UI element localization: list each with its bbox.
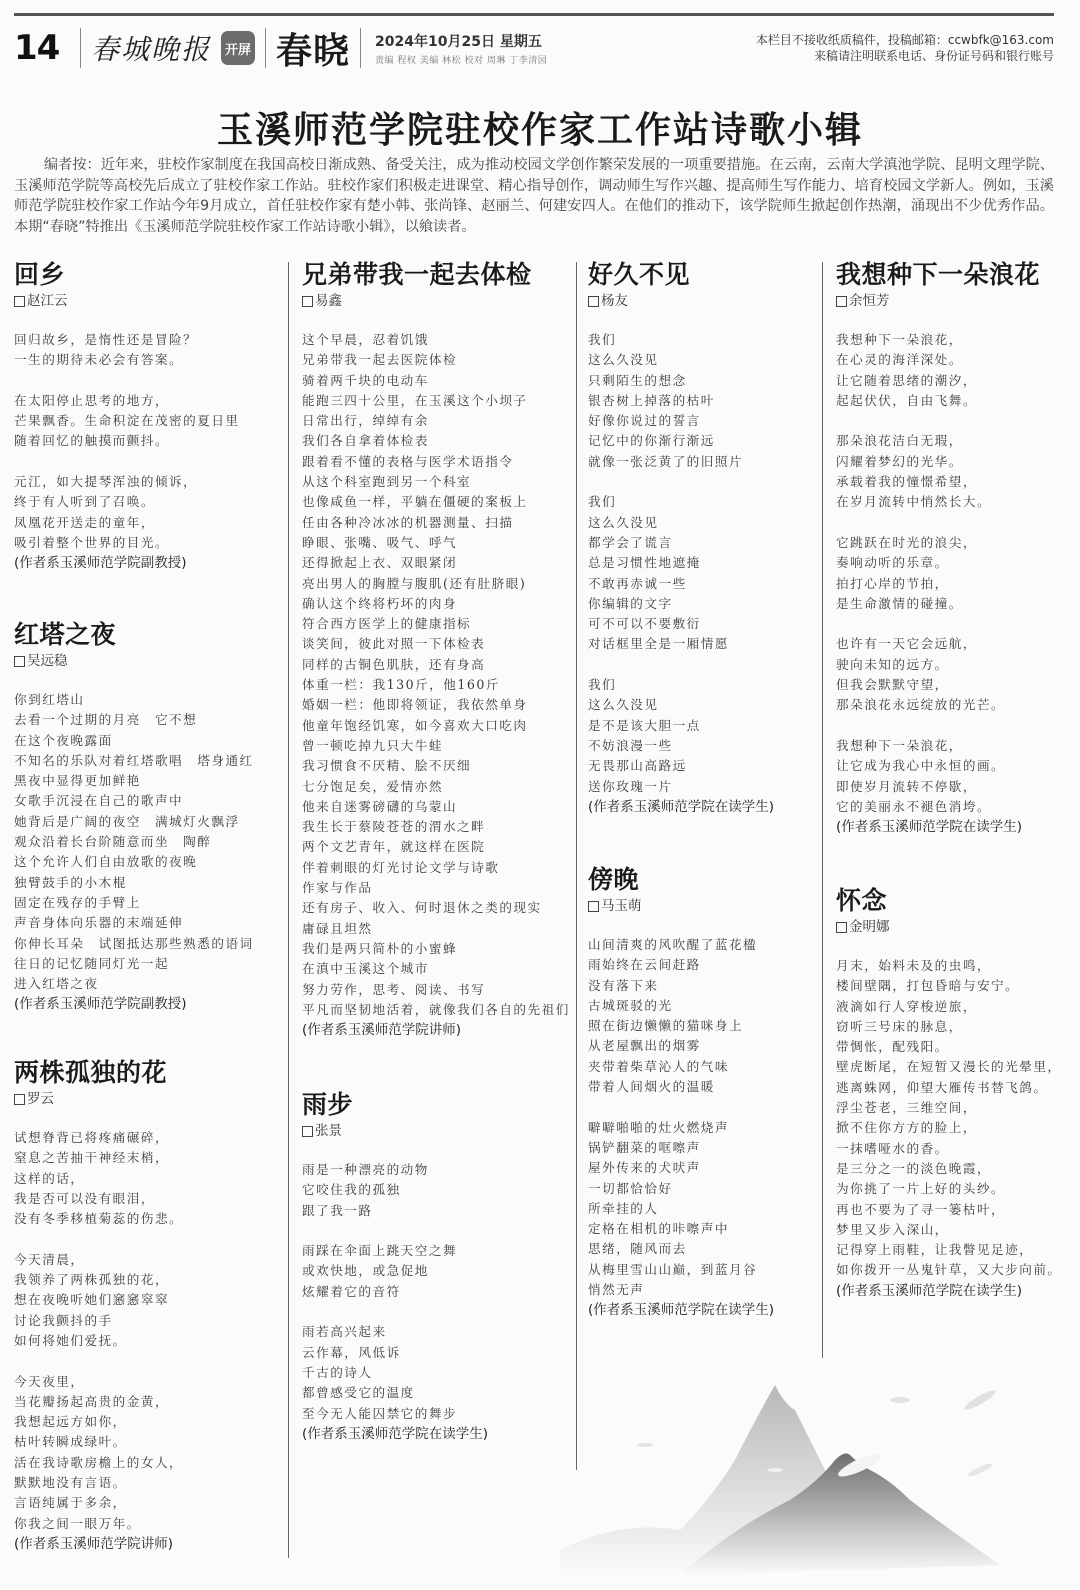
poem: 我想种下一朵浪花余恒芳我想种下一朵浪花，在心灵的海洋深处。让它随着思绪的潮汐，起… — [836, 258, 1066, 837]
poem-line: 让它随着思绪的潮汐， — [836, 371, 1066, 391]
author-name: 马玉萌 — [601, 897, 642, 915]
author-name: 赵江云 — [27, 292, 68, 310]
author-box-icon — [302, 1126, 313, 1137]
stanza: 月末，始料未及的虫鸣，楼间壁隅，打包昏暗与安宁。液滴如行人穿梭逆旅，窃听三号床的… — [836, 956, 1066, 1281]
poem: 兄弟带我一起去体检易鑫这个早晨，忍着饥饿兄弟带我一起去医院体检骑着两千块的电动车… — [302, 258, 564, 1040]
notice-email-line: 本栏目不接收纸质稿件，投稿邮箱：ccwbfk@163.com — [756, 32, 1054, 48]
poem-line: 总是习惯性地遮掩 — [588, 553, 818, 573]
poem-line: 试想脊背已将疼痛碾碎， — [14, 1128, 276, 1148]
poem-line: 古城斑驳的光 — [588, 996, 818, 1016]
poem-author: 罗云 — [14, 1090, 276, 1108]
poem-line: 今天夜里， — [14, 1372, 276, 1392]
poem-line: 他来自迷雾磅礴的乌蒙山 — [302, 797, 564, 817]
poem-line: 谈笑间，彼此对照一下体检表 — [302, 634, 564, 654]
poem-line: 当花瓣扬起高贵的金黄， — [14, 1392, 276, 1412]
column-divider — [822, 262, 823, 1358]
poem-line: 起起伏伏，自由飞舞。 — [836, 391, 1066, 411]
poem-line: 我们 — [588, 675, 818, 695]
poem-line: 一切都恰恰好 — [588, 1179, 818, 1199]
top-rule — [14, 13, 1054, 16]
poem-line: 雨是一种漂亮的动物 — [302, 1160, 564, 1180]
poem-line: 你到红塔山 — [14, 690, 276, 710]
poem-line: 对话框里全是一厢情愿 — [588, 634, 818, 654]
poem-line: 逃离蛛网，仰望大雁传书替飞鸽。 — [836, 1078, 1066, 1098]
divider — [360, 28, 361, 68]
poem-line: 你我之间一眼万年。 — [14, 1514, 276, 1534]
poem-author: 赵江云 — [14, 292, 276, 310]
poem-line: 元江，如大提琴浑浊的倾诉， — [14, 472, 276, 492]
poem: 回乡赵江云回归故乡，是惰性还是冒险？一生的期待未必会有答案。在太阳停止思考的地方… — [14, 258, 276, 573]
author-byline: (作者系玉溪师范学院副教授) — [14, 553, 276, 573]
stanza: 雨踩在伞面上跳天空之舞或欢快地，或急促地炫耀着它的音符 — [302, 1241, 564, 1302]
poem-line: 所牵挂的人 — [588, 1199, 818, 1219]
poem-title: 回乡 — [14, 258, 276, 292]
poem-line: 窒息之苦抽干神经末梢， — [14, 1148, 276, 1168]
poem-line: 我想种下一朵浪花， — [836, 736, 1066, 756]
poem-line: 平凡而坚韧地活着，就像我们各自的先祖们 — [302, 1000, 564, 1020]
poem-line: 芒果飘香。生命积淀在茂密的夏日里 — [14, 411, 276, 431]
poem-line: 这么久没见 — [588, 350, 818, 370]
author-byline: (作者系玉溪师范学院在读学生) — [302, 1424, 564, 1444]
poem-line: 我领养了两株孤独的花， — [14, 1270, 276, 1290]
poem-line: 我们 — [588, 330, 818, 350]
poem-line: 云作幕，风低诉 — [302, 1343, 564, 1363]
poem: 红塔之夜吴远稳你到红塔山去看一个过期的月亮 它不想在这个夜晚露面不知名的乐队对着… — [14, 618, 276, 1014]
divider — [265, 28, 266, 68]
poem-line: 记得穿上雨鞋，让我瞥见足迹， — [836, 1240, 1066, 1260]
stanza: 山间清爽的风吹醒了蓝花楹雨始终在云间赶路没有落下来古城斑驳的光照在街边懒懒的猫咪… — [588, 935, 818, 1097]
poem-line: 跟了我一路 — [302, 1201, 564, 1221]
poem-line: 声音身体向乐器的末端延伸 — [14, 913, 276, 933]
poem-line: 闪耀着梦幻的光华。 — [836, 452, 1066, 472]
poem-line: 我们 — [588, 492, 818, 512]
column-divider — [576, 262, 577, 1470]
author-byline: (作者系玉溪师范学院讲师) — [302, 1020, 564, 1040]
poem-line: 没有冬季移植菊蕊的伤悲。 — [14, 1209, 276, 1229]
poem-line: 这样的话， — [14, 1169, 276, 1189]
author-box-icon — [14, 656, 25, 667]
stanza: 今天清晨，我领养了两株孤独的花，想在夜晚听她们窸窸窣窣讨论我颤抖的手如何将她们爱… — [14, 1250, 276, 1351]
author-box-icon — [588, 296, 599, 307]
stanza: 我们这么久没见是不是该大胆一点不妨浪漫一些无畏那山高路远送你玫瑰一片 — [588, 675, 818, 797]
poem-line: 固定在残存的手臂上 — [14, 893, 276, 913]
poem-line: 努力劳作，思考、阅读、书写 — [302, 980, 564, 1000]
issue-date: 2024年10月25日 星期五 — [375, 31, 547, 51]
poem-line: 悄然无声 — [588, 1280, 818, 1300]
poem-line: 月末，始料未及的虫鸣， — [836, 956, 1066, 976]
poem-line: 至今无人能囚禁它的舞步 — [302, 1404, 564, 1424]
mountain-illustration — [560, 1380, 1060, 1580]
notice-requirements-line: 来稿请注明联系电话、身份证号码和银行账号 — [756, 48, 1054, 64]
poem-body: 山间清爽的风吹醒了蓝花楹雨始终在云间赶路没有落下来古城斑驳的光照在街边懒懒的猫咪… — [588, 935, 818, 1300]
author-byline: (作者系玉溪师范学院在读学生) — [836, 1281, 1066, 1301]
poem-line: 是三分之一的淡色晚霞， — [836, 1159, 1066, 1179]
poem-line: 不妨浪漫一些 — [588, 736, 818, 756]
stanza: 今天夜里，当花瓣扬起高贵的金黄，我想起远方如你，枯叶转瞬成绿叶。活在我诗歌房檐上… — [14, 1372, 276, 1534]
poem-line: 不敢再赤诚一些 — [588, 574, 818, 594]
poem-line: 无畏那山高路远 — [588, 756, 818, 776]
editor-note: 编者按：近年来，驻校作家制度在我国高校日渐成熟、备受关注，成为推动校园文学创作繁… — [14, 155, 1054, 237]
stanza: 它跳跃在时光的浪尖，奏响动听的乐章。拍打心岸的节拍，是生命激情的碰撞。 — [836, 533, 1066, 614]
poem-line: 雨始终在云间赶路 — [588, 955, 818, 975]
poem-line: 这么久没见 — [588, 695, 818, 715]
poem-line: 同样的古铜色肌肤，还有身高 — [302, 655, 564, 675]
stanza: 回归故乡，是惰性还是冒险？一生的期待未必会有答案。 — [14, 330, 276, 371]
submission-notice: 本栏目不接收纸质稿件，投稿邮箱：ccwbfk@163.com 来稿请注明联系电话… — [756, 32, 1054, 64]
poem-line: 伴着刺眼的灯光讨论文学与诗歌 — [302, 858, 564, 878]
stanza: 也许有一天它会远航，驶向未知的远方。但我会默默守望，那朵浪花永远绽放的光芒。 — [836, 634, 1066, 715]
poem-line: 就像一张泛黄了的旧照片 — [588, 452, 818, 472]
stanza: 这个早晨，忍着饥饿兄弟带我一起去医院体检骑着两千块的电动车能跑三四十公里，在玉溪… — [302, 330, 564, 1020]
poem: 雨步张景雨是一种漂亮的动物它咬住我的孤独跟了我一路雨踩在伞面上跳天空之舞或欢快地… — [302, 1088, 564, 1444]
poem-line: 锅铲翻菜的哐嚓声 — [588, 1138, 818, 1158]
poem-line: 往日的记忆随同灯光一起 — [14, 954, 276, 974]
poem-title: 两株孤独的花 — [14, 1056, 276, 1090]
poem-line: 记忆中的你渐行渐远 — [588, 431, 818, 451]
stanza: 我想种下一朵浪花，让它成为我心中永恒的画。即使岁月流转不停歇，它的美丽永不褪色消… — [836, 736, 1066, 817]
stanza: 我们这么久没见都学会了谎言总是习惯性地遮掩不敢再赤诚一些你编辑的文字可不可以不要… — [588, 492, 818, 654]
poem-line: 从这个科室跑到另一个科室 — [302, 472, 564, 492]
poem-line: 观众沿着长台阶随意而坐 陶醉 — [14, 832, 276, 852]
author-box-icon — [836, 922, 847, 933]
poem-line: 讨论我颤抖的手 — [14, 1311, 276, 1331]
poem-line: 也许有一天它会远航， — [836, 634, 1066, 654]
stanza: 雨若高兴起来云作幕，风低诉千古的诗人都曾感受它的温度至今无人能囚禁它的舞步 — [302, 1322, 564, 1423]
poem-line: 他童年饱经饥寒，如今喜欢大口吃肉 — [302, 716, 564, 736]
poem-line: 再也不要为了寻一篓枯叶， — [836, 1200, 1066, 1220]
poem-line: 山间清爽的风吹醒了蓝花楹 — [588, 935, 818, 955]
poem-line: 是生命激情的碰撞。 — [836, 594, 1066, 614]
poem-line: 一生的期待未必会有答案。 — [14, 350, 276, 370]
poem-body: 我们这么久没见只剩陌生的想念银杏树上掉落的枯叶好像你说过的誓言记忆中的你渐行渐远… — [588, 330, 818, 797]
poem-title: 红塔之夜 — [14, 618, 276, 652]
author-name: 杨友 — [601, 292, 628, 310]
poem-line: 送你玫瑰一片 — [588, 777, 818, 797]
poem-line: 骑着两千块的电动车 — [302, 371, 564, 391]
poem-author: 杨友 — [588, 292, 818, 310]
poem-line: 奏响动听的乐章。 — [836, 553, 1066, 573]
poem-line: 兄弟带我一起去医院体检 — [302, 350, 564, 370]
poem-line: 睁眼、张嘴、吸气、呼气 — [302, 533, 564, 553]
poem-line: 言语纯属于多余， — [14, 1493, 276, 1513]
poem-line: 两个文艺青年，就这样在医院 — [302, 837, 564, 857]
author-name: 余恒芳 — [849, 292, 890, 310]
poem-line: 日常出行，绰绰有余 — [302, 411, 564, 431]
poem-line: 好像你说过的誓言 — [588, 411, 818, 431]
author-box-icon — [302, 296, 313, 307]
poem-title: 兄弟带我一起去体检 — [302, 258, 564, 292]
stanza: 那朵浪花洁白无瑕，闪耀着梦幻的光华。承载着我的憧憬希望，在岁月流转中悄然长大。 — [836, 431, 1066, 512]
poem-line: 它的美丽永不褪色消垮。 — [836, 797, 1066, 817]
poem-line: 夹带着柴草沁人的气味 — [588, 1057, 818, 1077]
poem-line: 噼噼啪啪的灶火燃烧声 — [588, 1118, 818, 1138]
poem-line: 即使岁月流转不停歇， — [836, 777, 1066, 797]
poem-line: 千古的诗人 — [302, 1363, 564, 1383]
poem-line: 思绪，随风而去 — [588, 1239, 818, 1259]
poem-line: 掀不住你方方的脸上， — [836, 1118, 1066, 1138]
author-name: 吴远稳 — [27, 652, 68, 670]
poem-line: 作家与作品 — [302, 878, 564, 898]
poem-line: 为你挑了一片上好的头纱。 — [836, 1179, 1066, 1199]
poem-line: 照在街边懒懒的猫咪身上 — [588, 1016, 818, 1036]
poem-line: 窃听三号床的脉息， — [836, 1017, 1066, 1037]
poem-line: 在滇中玉溪这个城市 — [302, 959, 564, 979]
poem-line: 活在我诗歌房檐上的女人， — [14, 1453, 276, 1473]
poem-line: 浮尘苍老，三维空间， — [836, 1098, 1066, 1118]
poem-line: 庸碌且坦然 — [302, 919, 564, 939]
poem-line: 在心灵的海洋深处。 — [836, 350, 1066, 370]
poem-line: 一抹嗜哑水的香。 — [836, 1139, 1066, 1159]
poem-body: 这个早晨，忍着饥饿兄弟带我一起去医院体检骑着两千块的电动车能跑三四十公里，在玉溪… — [302, 330, 564, 1020]
newspaper-logo: 春城晚报 — [91, 28, 211, 68]
poem: 怀念金明娜月末，始料未及的虫鸣，楼间壁隅，打包昏暗与安宁。液滴如行人穿梭逆旅，窃… — [836, 884, 1066, 1301]
poem-line: 随着回忆的触摸而颤抖。 — [14, 431, 276, 451]
poem-line: 你伸长耳朵 试图抵达那些熟悉的语词 — [14, 934, 276, 954]
author-box-icon — [14, 1094, 25, 1105]
poem-line: 我想种下一朵浪花， — [836, 330, 1066, 350]
poem-line: 吸引着整个世界的目光。 — [14, 533, 276, 553]
stanza: 雨是一种漂亮的动物它咬住我的孤独跟了我一路 — [302, 1160, 564, 1221]
page-number: 14 — [14, 28, 70, 68]
poem-line: 回归故乡，是惰性还是冒险？ — [14, 330, 276, 350]
section-name: 春晓 — [276, 23, 350, 74]
masthead: 14 春城晚报 开屏 春晓 2024年10月25日 星期五 责编 程权 美编 林… — [14, 24, 1054, 72]
poem-line: 你编辑的文字 — [588, 594, 818, 614]
poem-line: 在这个夜晚露面 — [14, 731, 276, 751]
poem-body: 试想脊背已将疼痛碾碎，窒息之苦抽干神经末梢，这样的话，我是否可以没有眼泪，没有冬… — [14, 1128, 276, 1534]
poem-title: 我想种下一朵浪花 — [836, 258, 1066, 292]
staff-credits: 责编 程权 美编 林松 校对 周琳 丁李清园 — [375, 53, 547, 66]
poem-line: 女歌手沉浸在自己的歌声中 — [14, 791, 276, 811]
poem-line: 黑夜中显得更加鲜艳 — [14, 771, 276, 791]
poem-line: 只剩陌生的想念 — [588, 371, 818, 391]
poem-line: 七分饱足矣，爱情亦然 — [302, 777, 564, 797]
poem-line: 确认这个终将朽坏的肉身 — [302, 594, 564, 614]
stanza: 我想种下一朵浪花，在心灵的海洋深处。让它随着思绪的潮汐，起起伏伏，自由飞舞。 — [836, 330, 1066, 411]
poem-line: 去看一个过期的月亮 它不想 — [14, 710, 276, 730]
date-block: 2024年10月25日 星期五 责编 程权 美编 林松 校对 周琳 丁李清园 — [375, 31, 547, 66]
poem-line: 这么久没见 — [588, 513, 818, 533]
poem-line: 雨踩在伞面上跳天空之舞 — [302, 1241, 564, 1261]
poem-line: 它跳跃在时光的浪尖， — [836, 533, 1066, 553]
poem-line: 梦里又步入深山， — [836, 1220, 1066, 1240]
poem-line: 亮出男人的胸膛与腹肌(还有肚脐眼) — [302, 574, 564, 594]
poem-author: 吴远稳 — [14, 652, 276, 670]
poem-line: 跟着看不懂的表格与医学术语指令 — [302, 452, 564, 472]
poem-line: 凤凰花开送走的童年， — [14, 513, 276, 533]
stanza: 噼噼啪啪的灶火燃烧声锅铲翻菜的哐嚓声屋外传来的犬吠声一切都恰恰好所牵挂的人定格在… — [588, 1118, 818, 1301]
poem-line: 都学会了谎言 — [588, 533, 818, 553]
poem-line: 炫耀着它的音符 — [302, 1282, 564, 1302]
author-byline: (作者系玉溪师范学院在读学生) — [588, 1300, 818, 1320]
stanza: 你到红塔山去看一个过期的月亮 它不想在这个夜晚露面不知名的乐队对着红塔歌唱 塔身… — [14, 690, 276, 994]
poem: 傍晚马玉萌山间清爽的风吹醒了蓝花楹雨始终在云间赶路没有落下来古城斑驳的光照在街边… — [588, 863, 818, 1320]
poem-line: 定格在相机的咔嚓声中 — [588, 1219, 818, 1239]
poem-line: 不知名的乐队对着红塔歌唱 塔身通红 — [14, 751, 276, 771]
poem-line: 我生长于蔡陵苍苍的渭水之畔 — [302, 817, 564, 837]
poem-line: 独臂鼓手的小木棍 — [14, 873, 276, 893]
author-name: 易鑫 — [315, 292, 342, 310]
poem-line: 我想起远方如你， — [14, 1412, 276, 1432]
poem-line: 还得掀起上衣、双眼紧闭 — [302, 553, 564, 573]
divider — [80, 28, 81, 68]
poem-line: 我们是两只简朴的小蜜蜂 — [302, 939, 564, 959]
poem-line: 也像咸鱼一样，平躺在僵硬的案板上 — [302, 492, 564, 512]
poem-line: 雨若高兴起来 — [302, 1322, 564, 1342]
poem-line: 壁虎断尾，在短暂又漫长的光晕里， — [836, 1057, 1066, 1077]
stanza: 在太阳停止思考的地方，芒果飘香。生命积淀在茂密的夏日里随着回忆的触摸而颤抖。 — [14, 391, 276, 452]
poem: 两株孤独的花罗云试想脊背已将疼痛碾碎，窒息之苦抽干神经末梢，这样的话，我是否可以… — [14, 1056, 276, 1554]
poem-line: 从梅里雪山山巅，到蓝月谷 — [588, 1260, 818, 1280]
poem-line: 但我会默默守望， — [836, 675, 1066, 695]
poem-line: 曾一顿吃掉九只大牛蛙 — [302, 736, 564, 756]
poem-line: 枯叶转瞬成绿叶。 — [14, 1432, 276, 1452]
poem-line: 银杏树上掉落的枯叶 — [588, 391, 818, 411]
poem-line: 拍打心岸的节拍， — [836, 574, 1066, 594]
poem: 好久不见杨友我们这么久没见只剩陌生的想念银杏树上掉落的枯叶好像你说过的誓言记忆中… — [588, 258, 818, 817]
poem-body: 月末，始料未及的虫鸣，楼间壁隅，打包昏暗与安宁。液滴如行人穿梭逆旅，窃听三号床的… — [836, 956, 1066, 1281]
poem-line: 楼间壁隅，打包昏暗与安宁。 — [836, 976, 1066, 996]
author-name: 张景 — [315, 1122, 342, 1140]
poem-line: 承载着我的憧憬希望， — [836, 472, 1066, 492]
poem-line: 从老屋飘出的烟雾 — [588, 1036, 818, 1056]
author-byline: (作者系玉溪师范学院讲师) — [14, 1534, 276, 1554]
poem-title: 傍晚 — [588, 863, 818, 897]
poem-line: 或欢快地，或急促地 — [302, 1261, 564, 1281]
author-byline: (作者系玉溪师范学院在读学生) — [836, 817, 1066, 837]
poem-title: 雨步 — [302, 1088, 564, 1122]
poem-line: 那朵浪花永远绽放的光芒。 — [836, 695, 1066, 715]
stanza: 试想脊背已将疼痛碾碎，窒息之苦抽干神经末梢，这样的话，我是否可以没有眼泪，没有冬… — [14, 1128, 276, 1229]
stanza: 元江，如大提琴浑浊的倾诉，终于有人听到了召唤。凤凰花开送走的童年，吸引着整个世界… — [14, 472, 276, 553]
poem-line: 液滴如行人穿梭逆旅， — [836, 997, 1066, 1017]
author-name: 金明娜 — [849, 918, 890, 936]
author-byline: (作者系玉溪师范学院副教授) — [14, 994, 276, 1014]
poem-line: 在岁月流转中悄然长大。 — [836, 492, 1066, 512]
author-byline: (作者系玉溪师范学院在读学生) — [588, 797, 818, 817]
poem-line: 任由各种冷冰冰的机器测量、扫描 — [302, 513, 564, 533]
poem-line: 带惆怅，配残阳。 — [836, 1037, 1066, 1057]
poem-line: 今天清晨， — [14, 1250, 276, 1270]
poem-line: 带着人间烟火的温暖 — [588, 1077, 818, 1097]
poem-author: 马玉萌 — [588, 897, 818, 915]
author-box-icon — [836, 296, 847, 307]
poem-line: 还有房子、收入、何时退休之类的现实 — [302, 898, 564, 918]
poem-line: 屋外传来的犬吠声 — [588, 1158, 818, 1178]
kaiping-badge-icon: 开屏 — [221, 31, 255, 65]
poem-author: 余恒芳 — [836, 292, 1066, 310]
poem-line: 我们各自拿着体检表 — [302, 431, 564, 451]
stanza: 我们这么久没见只剩陌生的想念银杏树上掉落的枯叶好像你说过的誓言记忆中的你渐行渐远… — [588, 330, 818, 472]
poem-body: 你到红塔山去看一个过期的月亮 它不想在这个夜晚露面不知名的乐队对着红塔歌唱 塔身… — [14, 690, 276, 994]
author-box-icon — [588, 901, 599, 912]
poem-line: 如何将她们爱抚。 — [14, 1331, 276, 1351]
poem-line: 那朵浪花洁白无瑕， — [836, 431, 1066, 451]
poem-line: 让它成为我心中永恒的画。 — [836, 756, 1066, 776]
poem-title: 好久不见 — [588, 258, 818, 292]
poem-line: 我习惯食不厌精、脍不厌细 — [302, 756, 564, 776]
poem-line: 没有落下来 — [588, 976, 818, 996]
column-divider — [288, 262, 289, 1558]
poem-line: 符合西方医学上的健康指标 — [302, 614, 564, 634]
poem-line: 她背后是广阔的夜空 满城灯火飘浮 — [14, 812, 276, 832]
page-title: 玉溪师范学院驻校作家工作站诗歌小辑 — [0, 102, 1080, 153]
poem-body: 我想种下一朵浪花，在心灵的海洋深处。让它随着思绪的潮汐，起起伏伏，自由飞舞。那朵… — [836, 330, 1066, 817]
poem-line: 能跑三四十公里，在玉溪这个小坝子 — [302, 391, 564, 411]
poem-line: 可不可以不要敷衍 — [588, 614, 818, 634]
poem-line: 驶向未知的远方。 — [836, 655, 1066, 675]
poem-author: 易鑫 — [302, 292, 564, 310]
author-name: 罗云 — [27, 1090, 54, 1108]
poem-line: 婚姻一栏：他即将领证，我依然单身 — [302, 695, 564, 715]
poem-line: 这个早晨，忍着饥饿 — [302, 330, 564, 350]
poem-line: 我是否可以没有眼泪， — [14, 1189, 276, 1209]
poem-line: 它咬住我的孤独 — [302, 1180, 564, 1200]
poem-line: 这个允许人们自由放歌的夜晚 — [14, 852, 276, 872]
poem-line: 默默地没有言语。 — [14, 1473, 276, 1493]
author-box-icon — [14, 296, 25, 307]
poem-author: 张景 — [302, 1122, 564, 1140]
poem-line: 是不是该大胆一点 — [588, 716, 818, 736]
poem-line: 终于有人听到了召唤。 — [14, 492, 276, 512]
poem-body: 回归故乡，是惰性还是冒险？一生的期待未必会有答案。在太阳停止思考的地方，芒果飘香… — [14, 330, 276, 553]
poem-title: 怀念 — [836, 884, 1066, 918]
poem-line: 都曾感受它的温度 — [302, 1383, 564, 1403]
poem-line: 想在夜晚听她们窸窸窣窣 — [14, 1290, 276, 1310]
poem-line: 在太阳停止思考的地方， — [14, 391, 276, 411]
poem-body: 雨是一种漂亮的动物它咬住我的孤独跟了我一路雨踩在伞面上跳天空之舞或欢快地，或急促… — [302, 1160, 564, 1424]
poem-line: 如你拨开一丛鬼针草，又大步向前。 — [836, 1260, 1066, 1280]
poem-author: 金明娜 — [836, 918, 1066, 936]
poem-line: 体重一栏：我130斤，他160斤 — [302, 675, 564, 695]
poem-line: 进入红塔之夜 — [14, 974, 276, 994]
